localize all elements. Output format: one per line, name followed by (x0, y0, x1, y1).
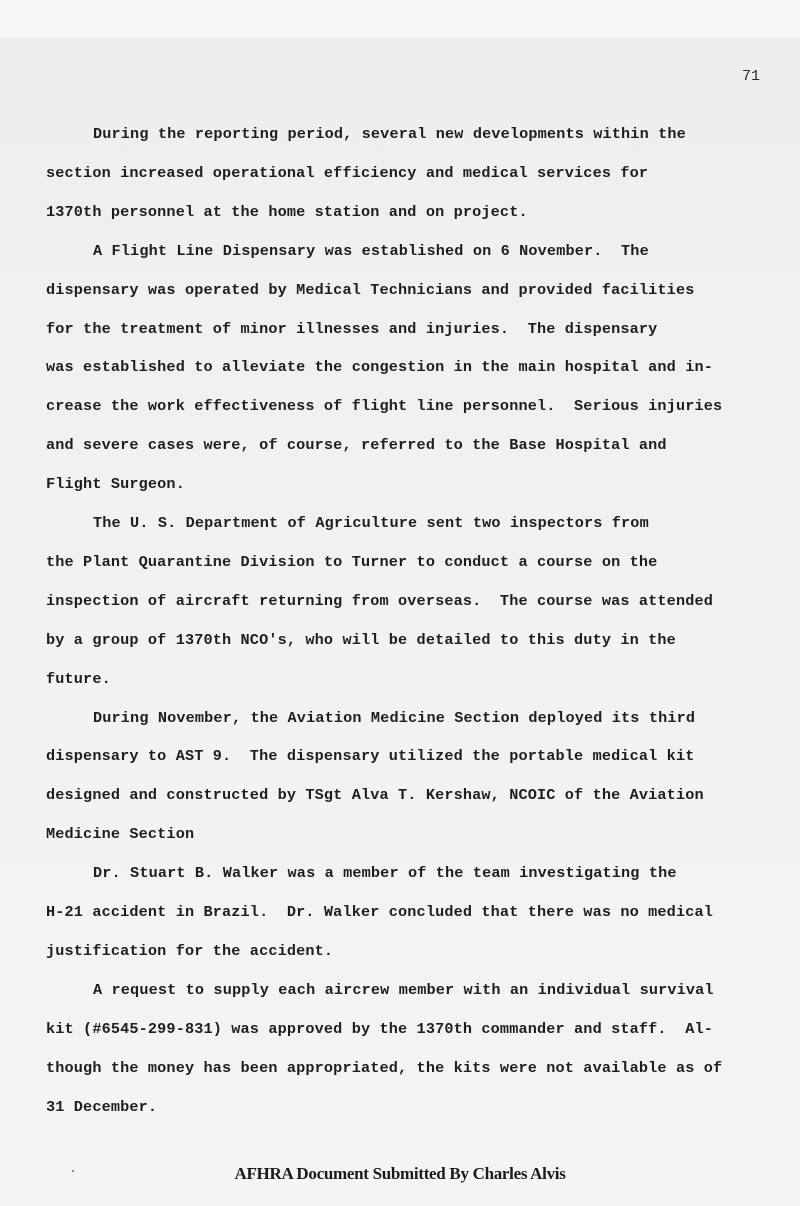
paragraph-line: crease the work effectiveness of flight … (46, 396, 722, 416)
paragraph-line: 31 December. (46, 1097, 157, 1117)
paragraph-first-line: The U. S. Department of Agriculture sent… (93, 513, 649, 533)
scan-speck (72, 1170, 74, 1172)
paragraph-line: Medicine Section (46, 824, 194, 844)
paragraph-first-line: During November, the Aviation Medicine S… (93, 708, 695, 728)
paragraph-line: for the treatment of minor illnesses and… (46, 319, 657, 339)
paragraph-line: section increased operational efficiency… (46, 163, 648, 183)
paragraph-line: dispensary to AST 9. The dispensary util… (46, 746, 694, 766)
paragraph-line: and severe cases were, of course, referr… (46, 435, 667, 455)
paragraph-first-line: A Flight Line Dispensary was established… (93, 241, 649, 261)
paragraph-line: justification for the accident. (46, 941, 333, 961)
paragraph-line: H-21 accident in Brazil. Dr. Walker conc… (46, 902, 713, 922)
footer-attribution: AFHRA Document Submitted By Charles Alvi… (0, 1164, 800, 1184)
paragraph-line: kit (#6545-299-831) was approved by the … (46, 1019, 713, 1039)
paragraph-line: Flight Surgeon. (46, 474, 185, 494)
scan-top-margin (0, 0, 800, 38)
paragraph-first-line: During the reporting period, several new… (93, 124, 686, 144)
paragraph-line: future. (46, 669, 111, 689)
paragraph-first-line: Dr. Stuart B. Walker was a member of the… (93, 863, 677, 883)
paragraph-line: was established to alleviate the congest… (46, 357, 713, 377)
paragraph-line: by a group of 1370th NCO's, who will be … (46, 630, 676, 650)
paragraph-first-line: A request to supply each aircrew member … (93, 980, 714, 1000)
page-number: 71 (742, 68, 760, 85)
paragraph-line: 1370th personnel at the home station and… (46, 202, 528, 222)
paragraph-line: dispensary was operated by Medical Techn… (46, 280, 694, 300)
paragraph-line: though the money has been appropriated, … (46, 1058, 722, 1078)
paragraph-line: inspection of aircraft returning from ov… (46, 591, 713, 611)
paragraph-line: designed and constructed by TSgt Alva T.… (46, 785, 704, 805)
paragraph-line: the Plant Quarantine Division to Turner … (46, 552, 657, 572)
